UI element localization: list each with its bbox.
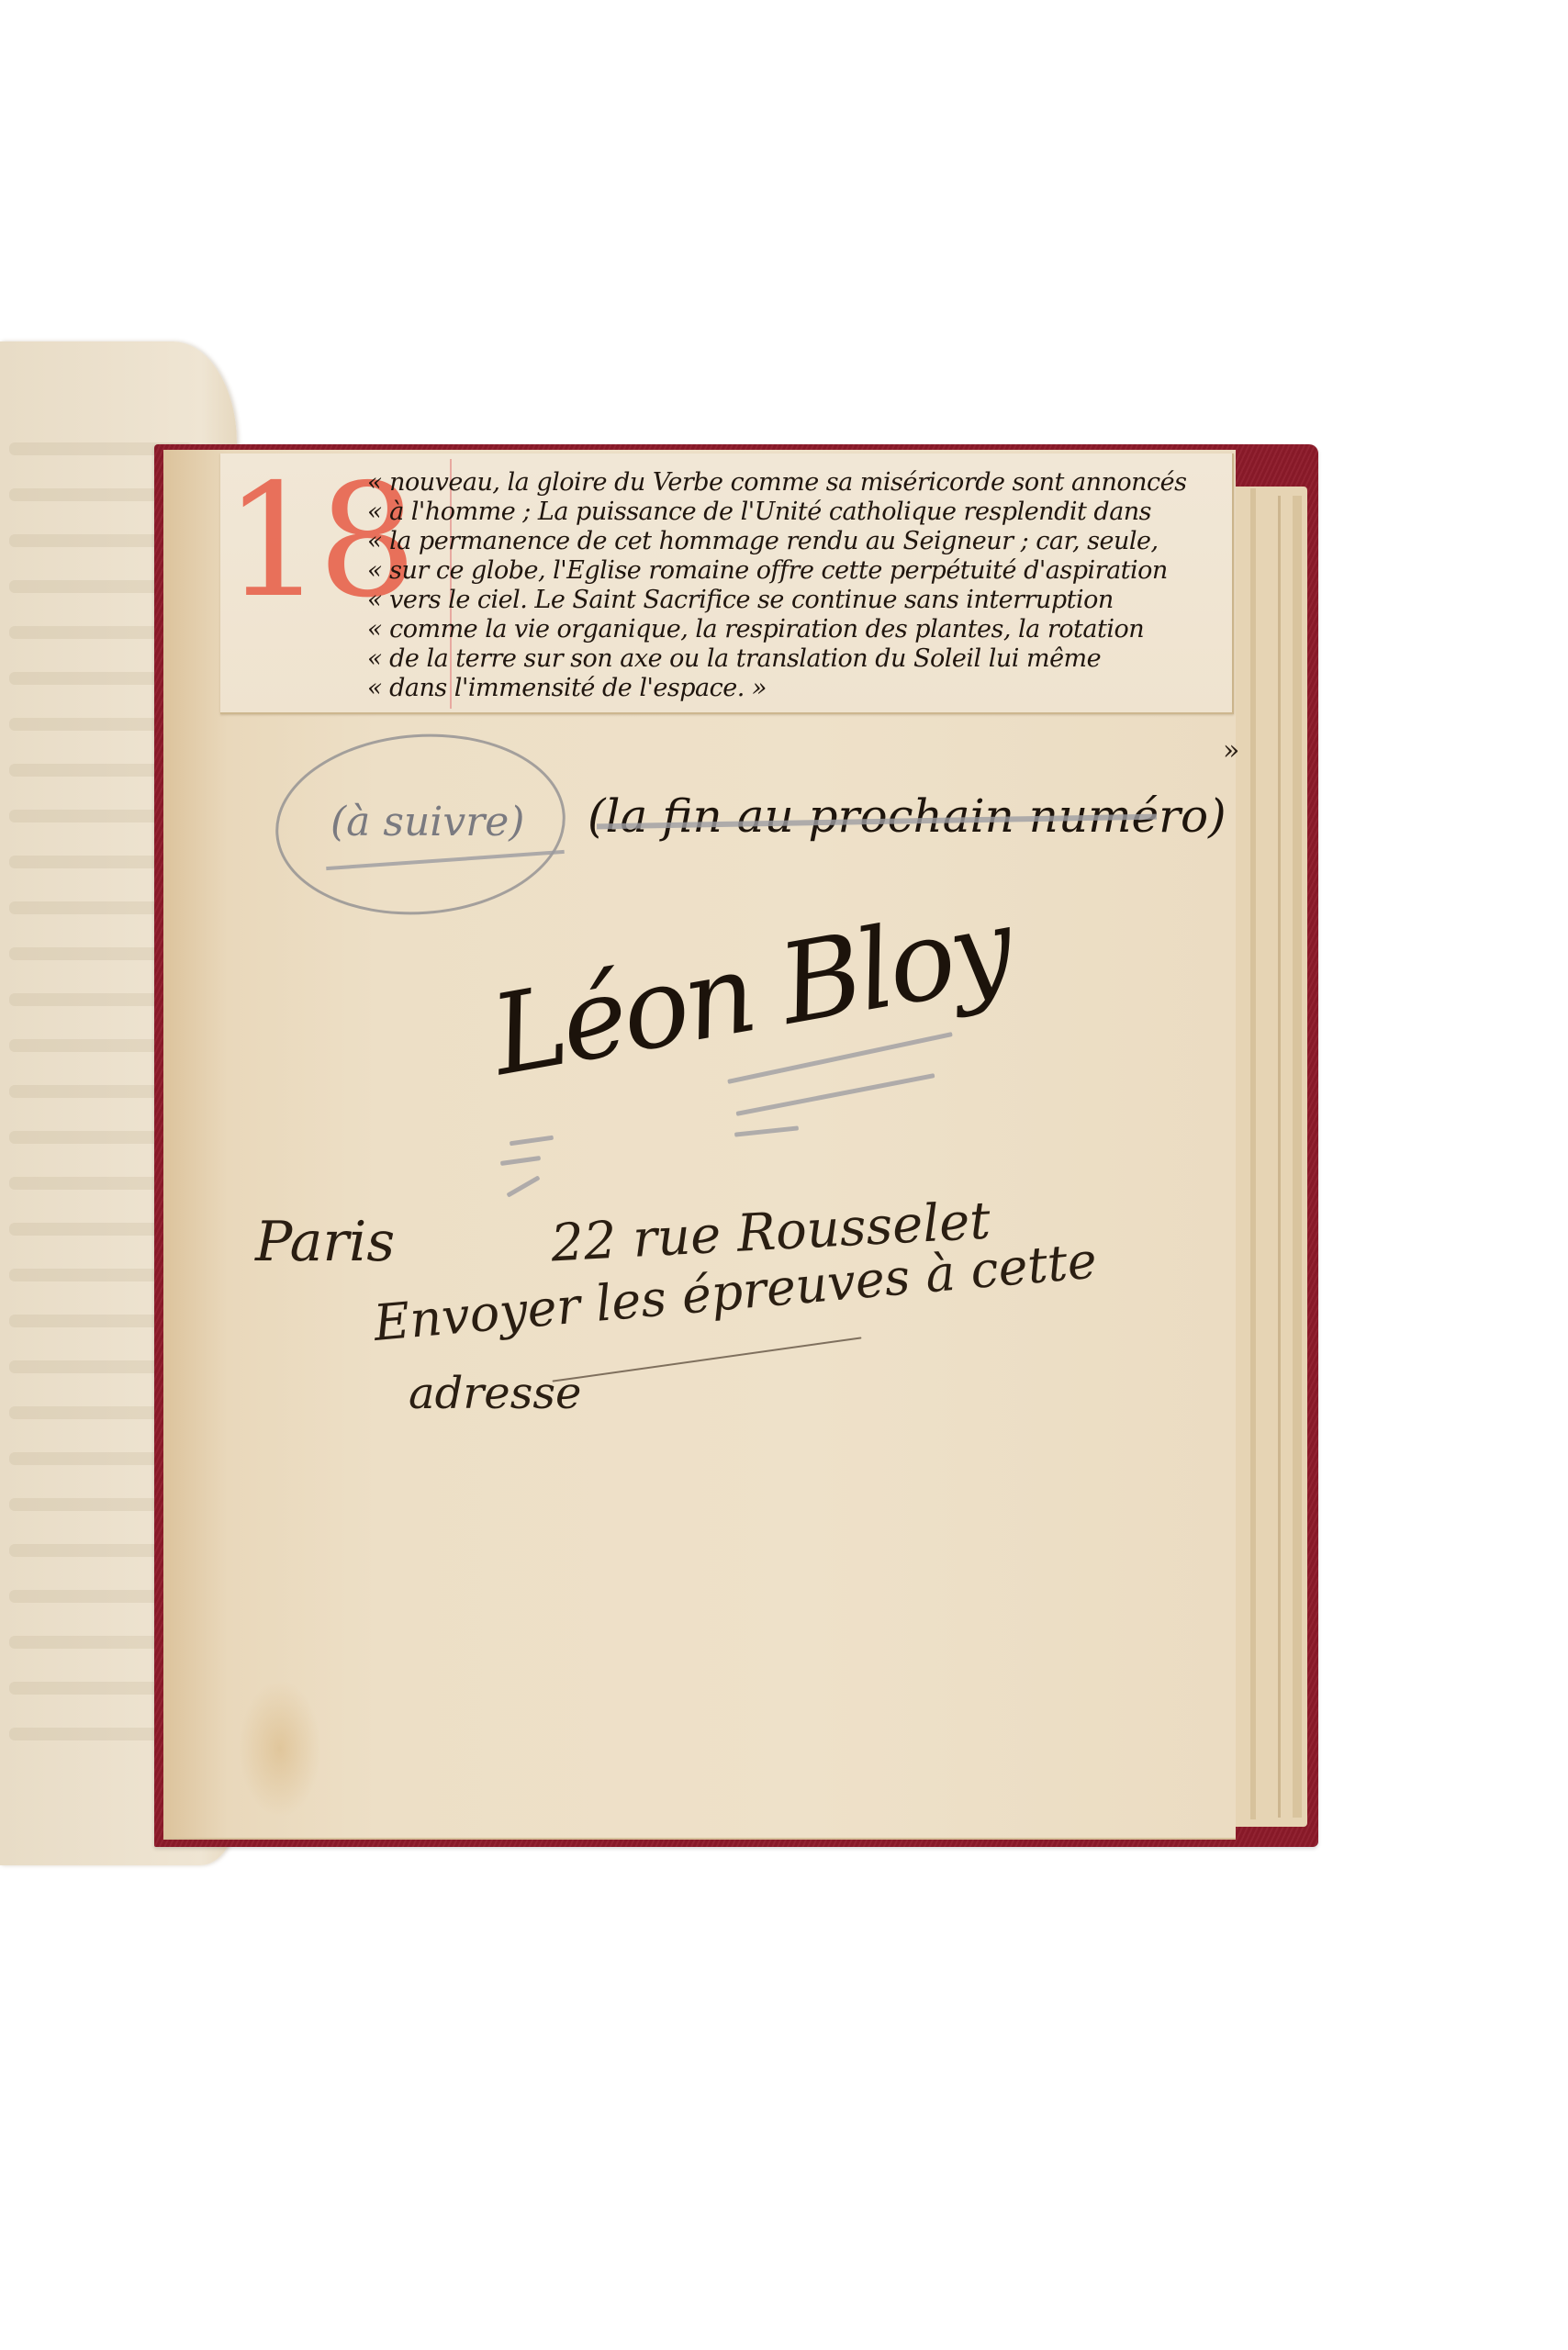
- page-edge-line: [1250, 488, 1256, 1819]
- foxing-stain: [239, 1680, 321, 1818]
- show-through-text: [9, 1039, 174, 1052]
- show-through-text: [9, 488, 174, 501]
- slip-text-line: « de la terre sur son axe ou la translat…: [367, 644, 1101, 673]
- pencil-note-a-suivre: (à suivre): [330, 799, 524, 845]
- address-instruction-cont: adresse: [409, 1368, 581, 1419]
- folio-number: 18: [224, 464, 343, 624]
- slip-text-line: « comme la vie organique, la respiration…: [367, 615, 1144, 643]
- address-city: Paris: [255, 1210, 395, 1274]
- slip-text-line: « sur ce globe, l'Eglise romaine offre c…: [367, 556, 1168, 585]
- show-through-text: [9, 856, 170, 868]
- page-edge-line: [1278, 496, 1281, 1818]
- slip-text-line: « vers le ciel. Le Saint Sacrifice se co…: [367, 586, 1114, 614]
- show-through-text: [9, 580, 165, 593]
- slip-text-line: « la permanence de cet hommage rendu au …: [367, 527, 1159, 555]
- show-through-text: [9, 1315, 170, 1327]
- show-through-text: [9, 1728, 170, 1740]
- slip-text-line: « à l'homme ; La puissance de l'Unité ca…: [367, 498, 1151, 526]
- slip-text-line: « dans l'immensité de l'espace. »: [367, 674, 767, 702]
- show-through-text: [9, 1498, 174, 1511]
- slip-text-line: « nouveau, la gloire du Verbe comme sa m…: [367, 468, 1186, 497]
- closing-quote-mark: »: [1223, 734, 1239, 767]
- page-edge-line: [1293, 496, 1302, 1818]
